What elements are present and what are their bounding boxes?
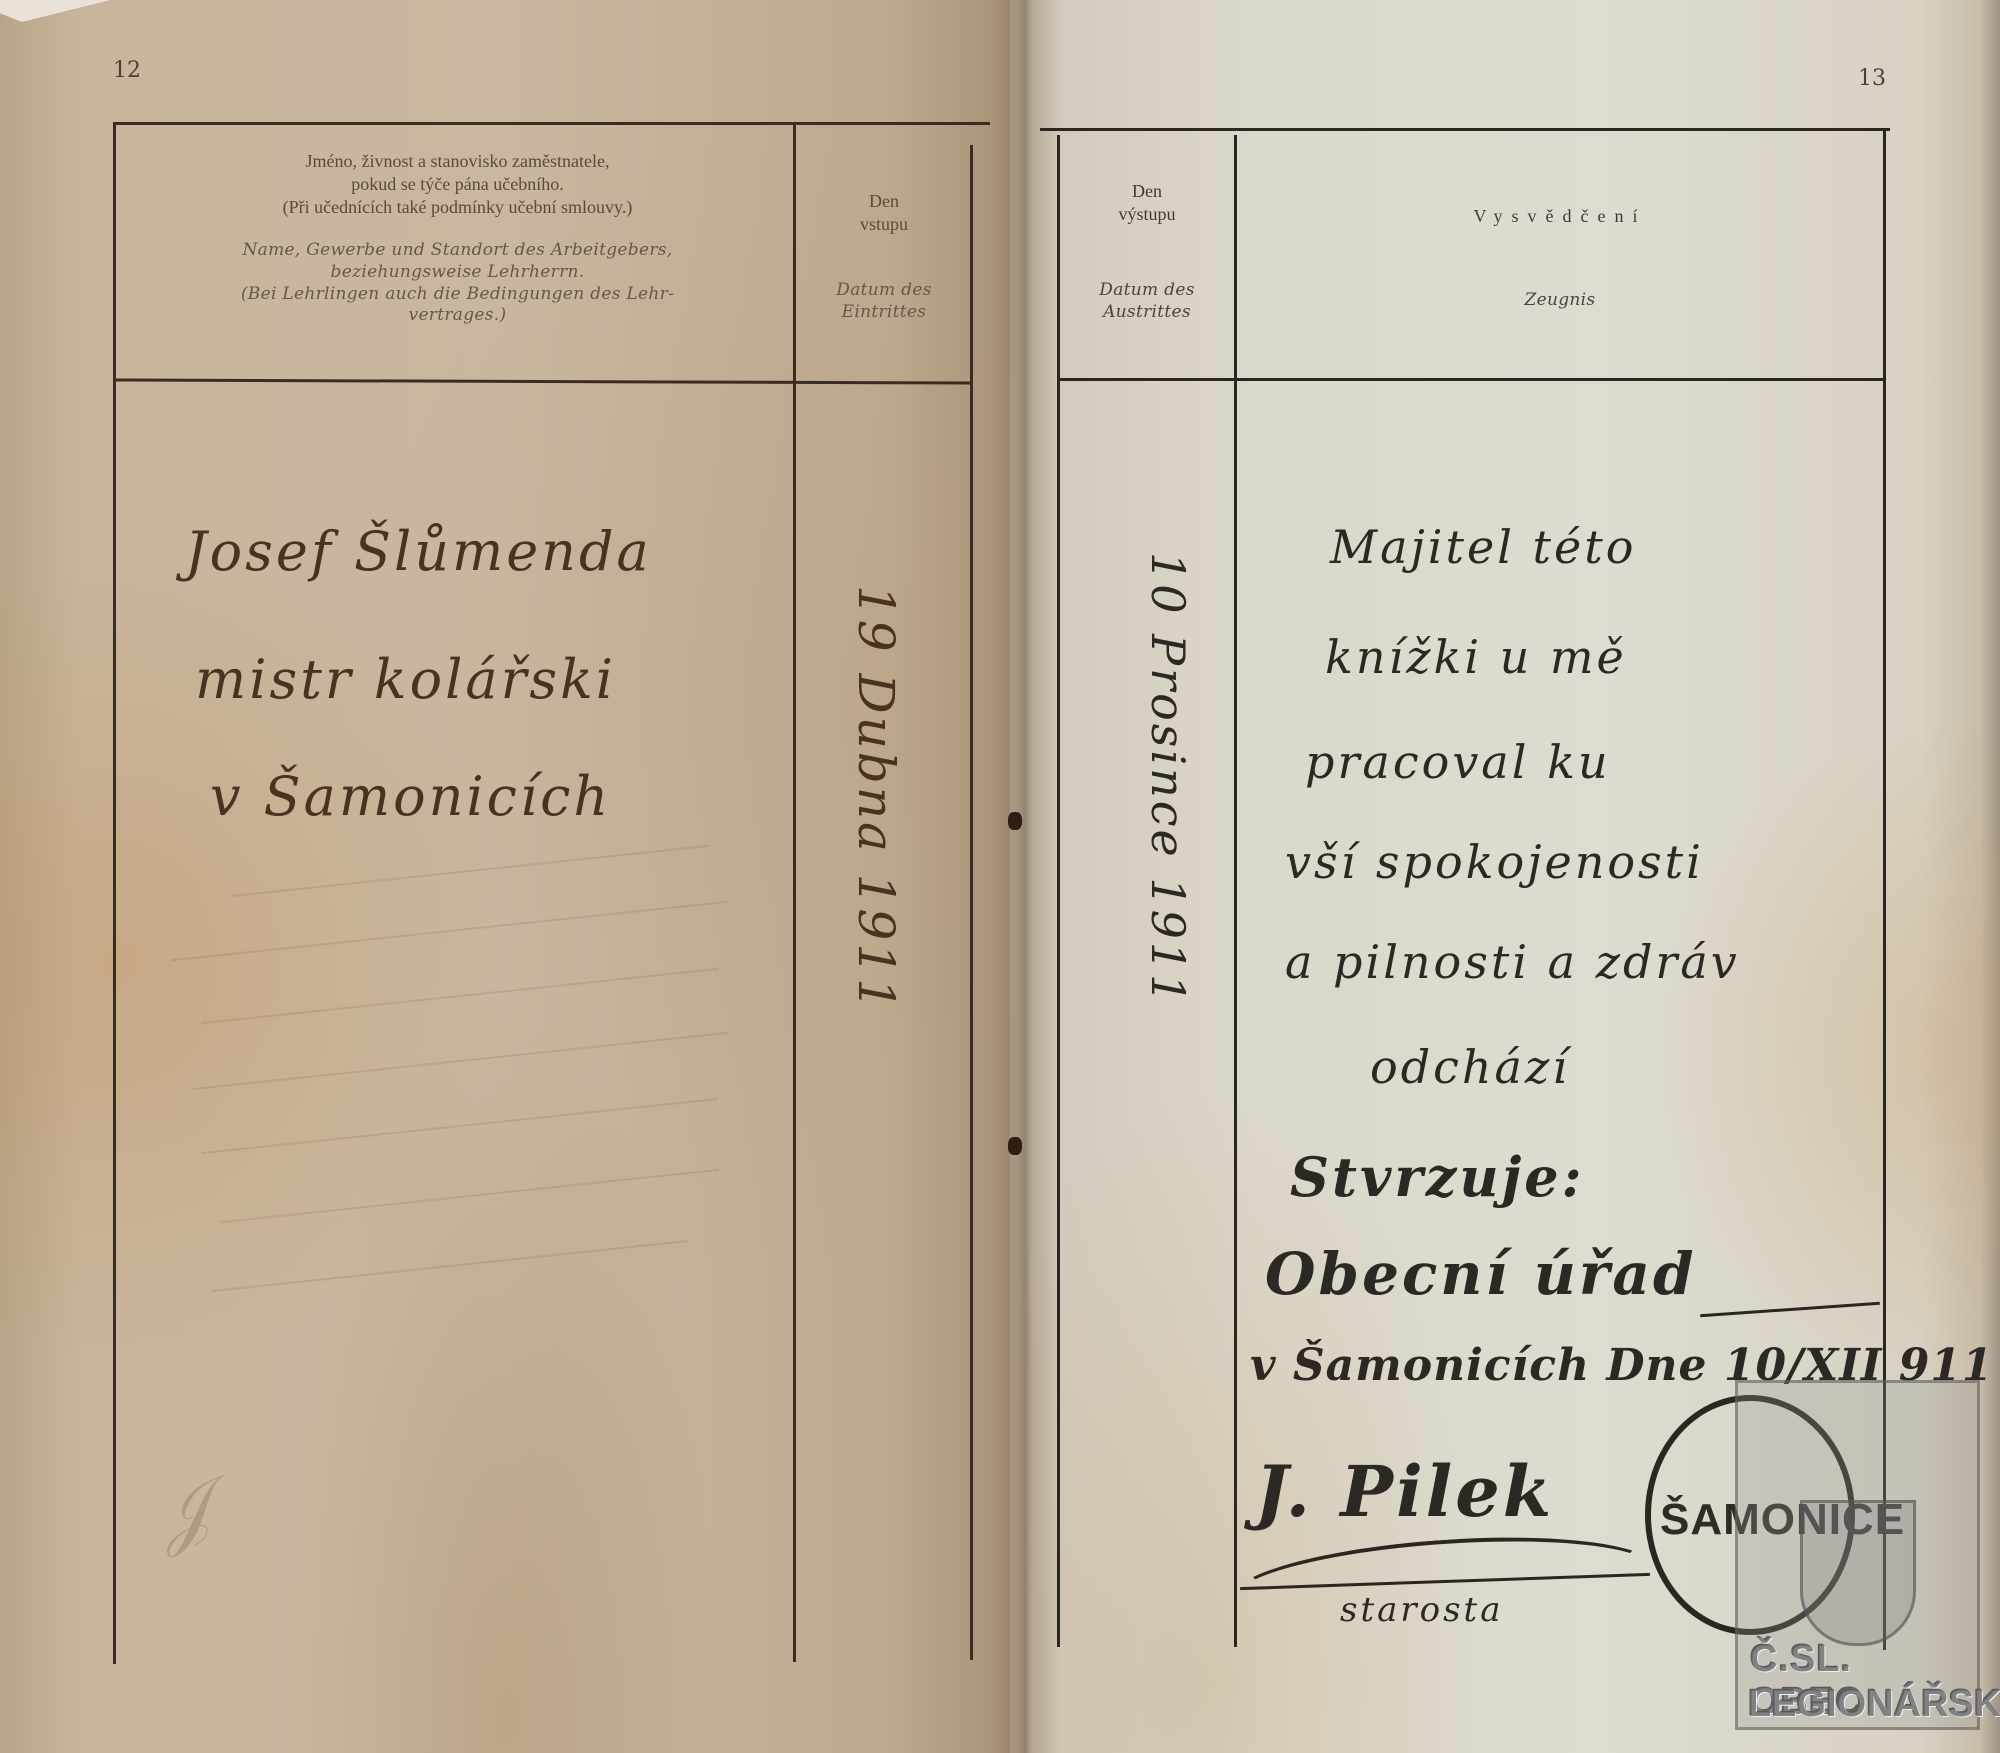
header-text: Jméno, živnost a stanovisko zaměstnatele… xyxy=(125,150,790,173)
header-text: Datum des xyxy=(1062,280,1232,302)
watermark-text: Č.SL. xyxy=(1750,1638,1852,1680)
header-text: Den xyxy=(1062,180,1232,203)
binding-staple-icon xyxy=(1008,1137,1022,1155)
employer-name: Josef Šlůmenda xyxy=(185,520,652,583)
table-left-rule xyxy=(113,122,116,1664)
exit-date: 10 Prosince 1911 xyxy=(1141,552,1195,1006)
header-text: beziehungsweise Lehrherrn. xyxy=(125,262,790,284)
header-text: Eintrittes xyxy=(800,302,968,324)
table-top-rule xyxy=(113,122,990,125)
certificate-line: knížki u mě xyxy=(1325,630,1627,684)
watermark-line2: LEGIONÁŘSKÁ xyxy=(1748,1683,2000,1726)
employer-location: v Šamonicích xyxy=(210,765,611,828)
page-number-left: 12 xyxy=(113,58,141,83)
header-text: (Při učednících také podmínky učební sml… xyxy=(125,196,790,219)
table-top-rule xyxy=(1040,128,1890,131)
header-text: vertrages.) xyxy=(125,305,790,327)
employer-trade: mistr kolářski xyxy=(195,648,616,711)
employer-column-header-de: Name, Gewerbe und Standort des Arbeitgeb… xyxy=(125,240,790,327)
header-bottom-rule xyxy=(1057,378,1883,381)
header-text: Datum des xyxy=(800,280,968,302)
header-text: Name, Gewerbe und Standort des Arbeitgeb… xyxy=(125,240,790,262)
certificate-line: Majitel této xyxy=(1330,520,1636,574)
entry-date: 19 Dubna 1911 xyxy=(847,585,905,1013)
header-text: výstupu xyxy=(1062,203,1232,226)
exit-date-header-cz: Den výstupu xyxy=(1062,180,1232,226)
header-text: Den xyxy=(800,190,968,213)
certificate-line: a pilnosti a zdráv xyxy=(1285,935,1740,989)
header-text: vstupu xyxy=(800,213,968,236)
table-left-rule xyxy=(1057,135,1060,1647)
book-gutter xyxy=(990,0,1060,1753)
header-text: Austrittes xyxy=(1062,302,1232,324)
mayor-signature: J. Pilek xyxy=(1255,1450,1554,1533)
header-text: (Bei Lehrlingen auch die Bedingungen des… xyxy=(125,284,790,306)
certificate-line: pracoval ku xyxy=(1305,735,1611,789)
employer-column-header-cz: Jméno, živnost a stanovisko zaměstnatele… xyxy=(125,150,790,219)
certificate-header-de: Zeugnis xyxy=(1240,290,1880,312)
entry-date-header-de: Datum des Eintrittes xyxy=(800,280,968,324)
municipal-office: Obecní úřad xyxy=(1265,1240,1697,1308)
column-divider xyxy=(793,122,796,1662)
exit-date-header-de: Datum des Austrittes xyxy=(1062,280,1232,324)
signature-title: starosta xyxy=(1340,1590,1504,1630)
torn-corner xyxy=(0,0,110,22)
table-right-rule xyxy=(970,145,973,1660)
binding-staple-icon xyxy=(1008,812,1022,830)
certificate-header-cz: Vysvědčení xyxy=(1240,205,1880,228)
header-text: pokud se týče pána učebního. xyxy=(125,173,790,196)
coat-of-arms-icon xyxy=(1800,1500,1916,1646)
certificate-line: odchází xyxy=(1370,1040,1570,1094)
column-divider xyxy=(1234,135,1237,1647)
entry-date-header-cz: Den vstupu xyxy=(800,190,968,236)
certificate-line: vší spokojenosti xyxy=(1285,835,1704,889)
confirmation-label: Stvrzuje: xyxy=(1290,1145,1585,1209)
page-number-right: 13 xyxy=(1858,66,1886,91)
